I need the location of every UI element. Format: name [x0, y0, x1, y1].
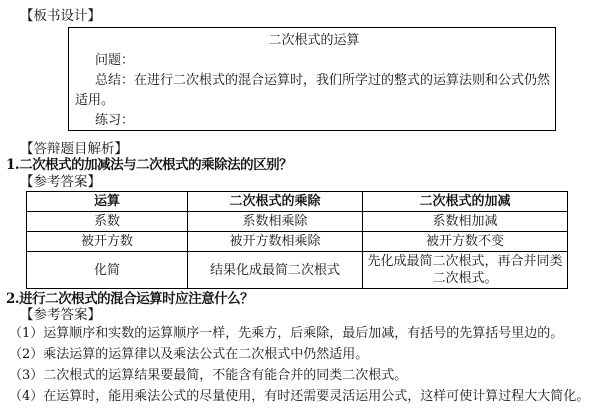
table-cell: 先化成最简二次根式，再合并同类二次根式。 — [363, 252, 568, 289]
board-line-summary: 总结：在进行二次根式的混合运算时，我们所学过的整式的运算法则和公式仍然适用。 — [75, 71, 553, 111]
column-header: 二次根式的加减 — [363, 192, 568, 212]
document-page: 【板书设计】 二次根式的运算 问题： 总结：在进行二次根式的混合运算时，我们所学… — [0, 0, 600, 408]
table-cell: 被开方数 — [27, 232, 188, 252]
column-header: 运算 — [27, 192, 188, 212]
table-header-row: 运算 二次根式的乘除 二次根式的加减 — [27, 192, 568, 212]
table-row: 化简 结果化成最简二次根式 先化成最简二次根式，再合并同类二次根式。 — [27, 252, 568, 289]
column-header: 二次根式的乘除 — [188, 192, 363, 212]
answer-item: （1）运算顺序和实数的运算顺序一样，先乘方，后乘除，最后加减，有括号的先算括号里… — [9, 322, 563, 341]
table-row: 被开方数 被开方数相乘除 被开方数不变 — [27, 232, 568, 252]
table-row: 系数 系数相乘除 系数相加减 — [27, 212, 568, 232]
answer-item: （3）二次根式的运算结果要最简，不能含有能合并的同类二次根式。 — [9, 364, 407, 383]
comparison-table: 运算 二次根式的乘除 二次根式的加减 系数 系数相乘除 系数相加减 被开方数 被… — [26, 191, 568, 289]
answer-item: （2）乘法运算的运算律以及乘法公式在二次根式中仍然适用。 — [9, 343, 368, 362]
table-cell: 结果化成最简二次根式 — [188, 252, 363, 289]
table-cell: 系数 — [27, 212, 188, 232]
board-title: 二次根式的运算 — [75, 31, 553, 51]
board-line-practice: 练习： — [75, 111, 553, 131]
table-cell: 化简 — [27, 252, 188, 289]
board-line-problem: 问题： — [75, 51, 553, 71]
answer-item: （4）在运算时，能用乘法公式的尽量使用，有时还需要灵活运用公式，这样可使计算过程… — [9, 385, 589, 404]
reference-answer-header-2: 【参考答案】 — [20, 303, 101, 323]
table-cell: 被开方数相乘除 — [188, 232, 363, 252]
reference-answer-header-1: 【参考答案】 — [20, 170, 101, 190]
table-cell: 系数相乘除 — [188, 212, 363, 232]
table-cell: 系数相加减 — [363, 212, 568, 232]
board-design-box: 二次根式的运算 问题： 总结：在进行二次根式的混合运算时，我们所学过的整式的运算… — [68, 27, 556, 131]
table-cell: 被开方数不变 — [363, 232, 568, 252]
board-design-header: 【板书设计】 — [20, 4, 101, 24]
